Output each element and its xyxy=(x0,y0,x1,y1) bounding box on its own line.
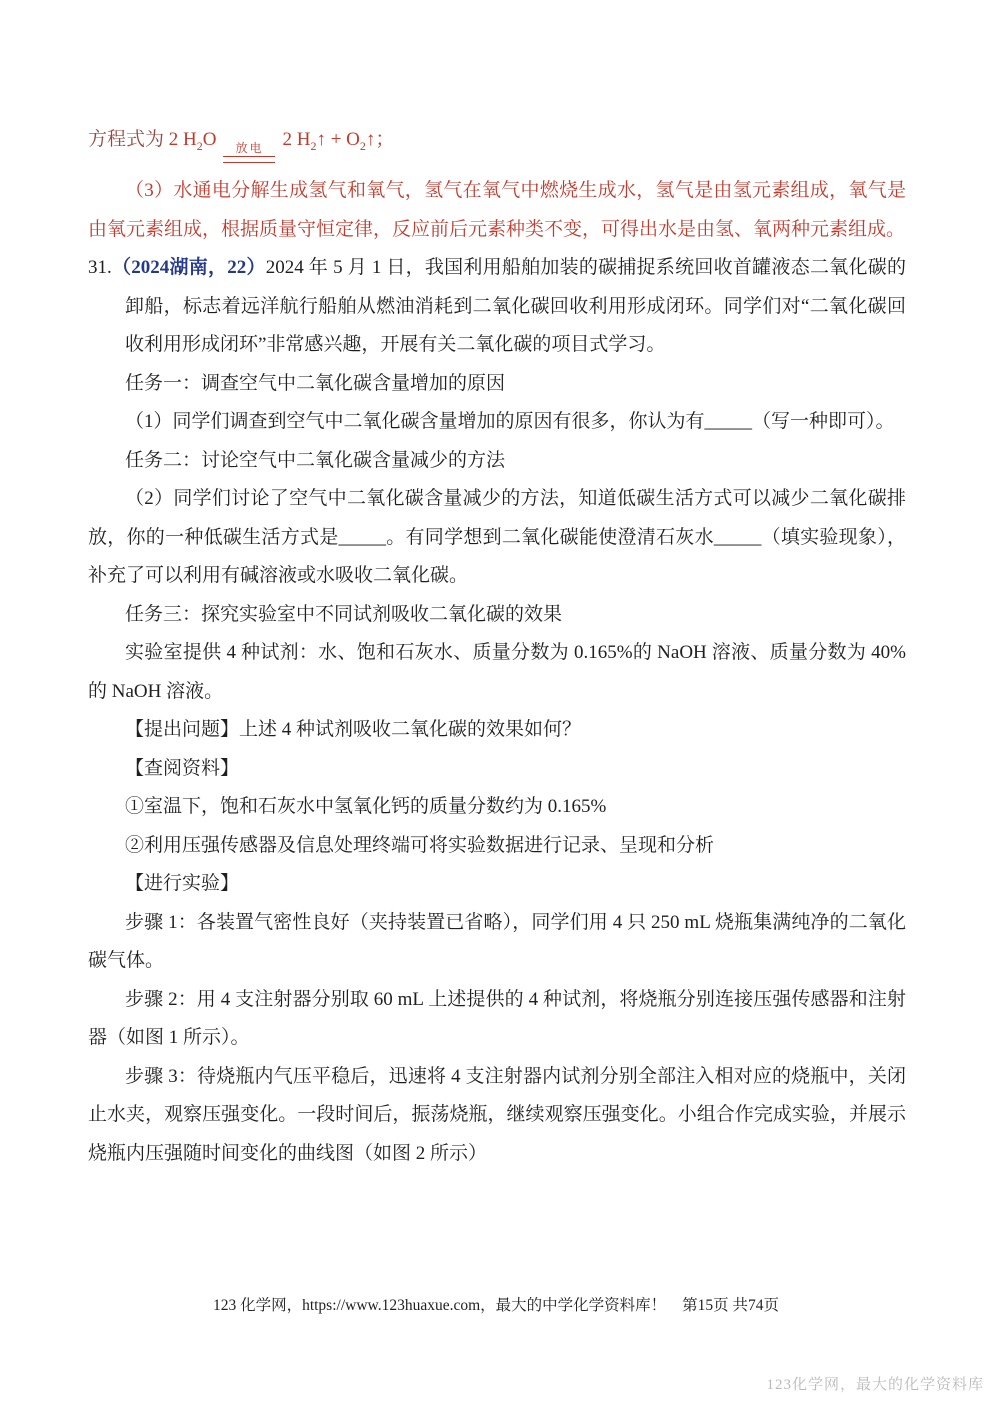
task3-heading: 任务三：探究实验室中不同试剂吸收二氧化碳的效果 xyxy=(125,596,906,635)
equation-rhs-mid: ↑ + O xyxy=(316,129,359,150)
task1-heading: 任务一：调查空气中二氧化碳含量增加的原因 xyxy=(125,365,906,404)
sub-question-1: （1）同学们调查到空气中二氧化碳含量增加的原因有很多，你认为有_____（写一种… xyxy=(88,403,906,442)
equation-lhs: 2 H xyxy=(169,129,197,150)
question-31: 31.（2024湖南，22）2024 年 5 月 1 日，我国利用船舶加装的碳捕… xyxy=(88,249,906,365)
document-page: { "palette": { "body_text": "#1f1f1f", "… xyxy=(0,0,992,1403)
equation-rhs: 2 H xyxy=(282,129,310,150)
reference-material-heading: 【查阅资料】 xyxy=(125,750,906,789)
question-number: 31. xyxy=(88,257,112,278)
reference-item-1: ①室温下，饱和石灰水中氢氧化钙的质量分数约为 0.165% xyxy=(125,788,906,827)
equation-label: 方程式为 xyxy=(88,129,164,150)
question-source-ref: （2024湖南，22） xyxy=(112,257,266,278)
reagents-paragraph: 实验室提供 4 种试剂：水、饱和石灰水、质量分数为 0.165%的 NaOH 溶… xyxy=(88,634,906,711)
answer-paragraph-3: （3）水通电分解生成氢气和氧气，氢气在氧气中燃烧生成水，氢气是由氢元素组成，氧气… xyxy=(88,172,906,249)
experiment-step-1: 步骤 1：各装置气密性良好（夹持装置已省略），同学们用 4 只 250 mL 烧… xyxy=(88,904,906,981)
raise-question-line: 【提出问题】上述 4 种试剂吸收二氧化碳的效果如何？ xyxy=(125,711,906,750)
experiment-step-2: 步骤 2：用 4 支注射器分别取 60 mL 上述提供的 4 种试剂，将烧瓶分别… xyxy=(88,981,906,1058)
sub-question-2: （2）同学们讨论了空气中二氧化碳含量减少的方法，知道低碳生活方式可以减少二氧化碳… xyxy=(88,480,906,596)
equation-lhs-tail: O xyxy=(203,129,217,150)
chemical-equation-line: 方程式为 2 H2O放电2 H2↑ + O2↑； xyxy=(88,121,906,163)
page-number: 第15页 共74页 xyxy=(682,1297,779,1314)
double-equal-line xyxy=(223,156,275,163)
condition-label: 放电 xyxy=(223,142,275,155)
conduct-experiment-heading: 【进行实验】 xyxy=(125,865,906,904)
task2-heading: 任务二：讨论空气中二氧化碳含量减少的方法 xyxy=(125,442,906,481)
equation-rhs-tail: ↑； xyxy=(366,129,395,150)
chemical-equation: 2 H2O放电2 H2↑ + O2↑； xyxy=(169,129,395,150)
reference-item-2: ②利用压强传感器及信息处理终端可将实验数据进行记录、呈现和分析 xyxy=(125,827,906,866)
document-body: 方程式为 2 H2O放电2 H2↑ + O2↑； （3）水通电分解生成氢气和氧气… xyxy=(88,121,906,1173)
corner-watermark: 123化学网，最大的化学资料库 xyxy=(766,1373,984,1394)
experiment-step-3: 步骤 3：待烧瓶内气压平稳后，迅速将 4 支注射器内试剂分别全部注入相对应的烧瓶… xyxy=(88,1058,906,1174)
footer-site-text: 123 化学网，https://www.123huaxue.com，最大的中学化… xyxy=(213,1297,666,1314)
reaction-condition: 放电 xyxy=(223,142,275,163)
page-footer: 123 化学网，https://www.123huaxue.com，最大的中学化… xyxy=(0,1295,992,1317)
